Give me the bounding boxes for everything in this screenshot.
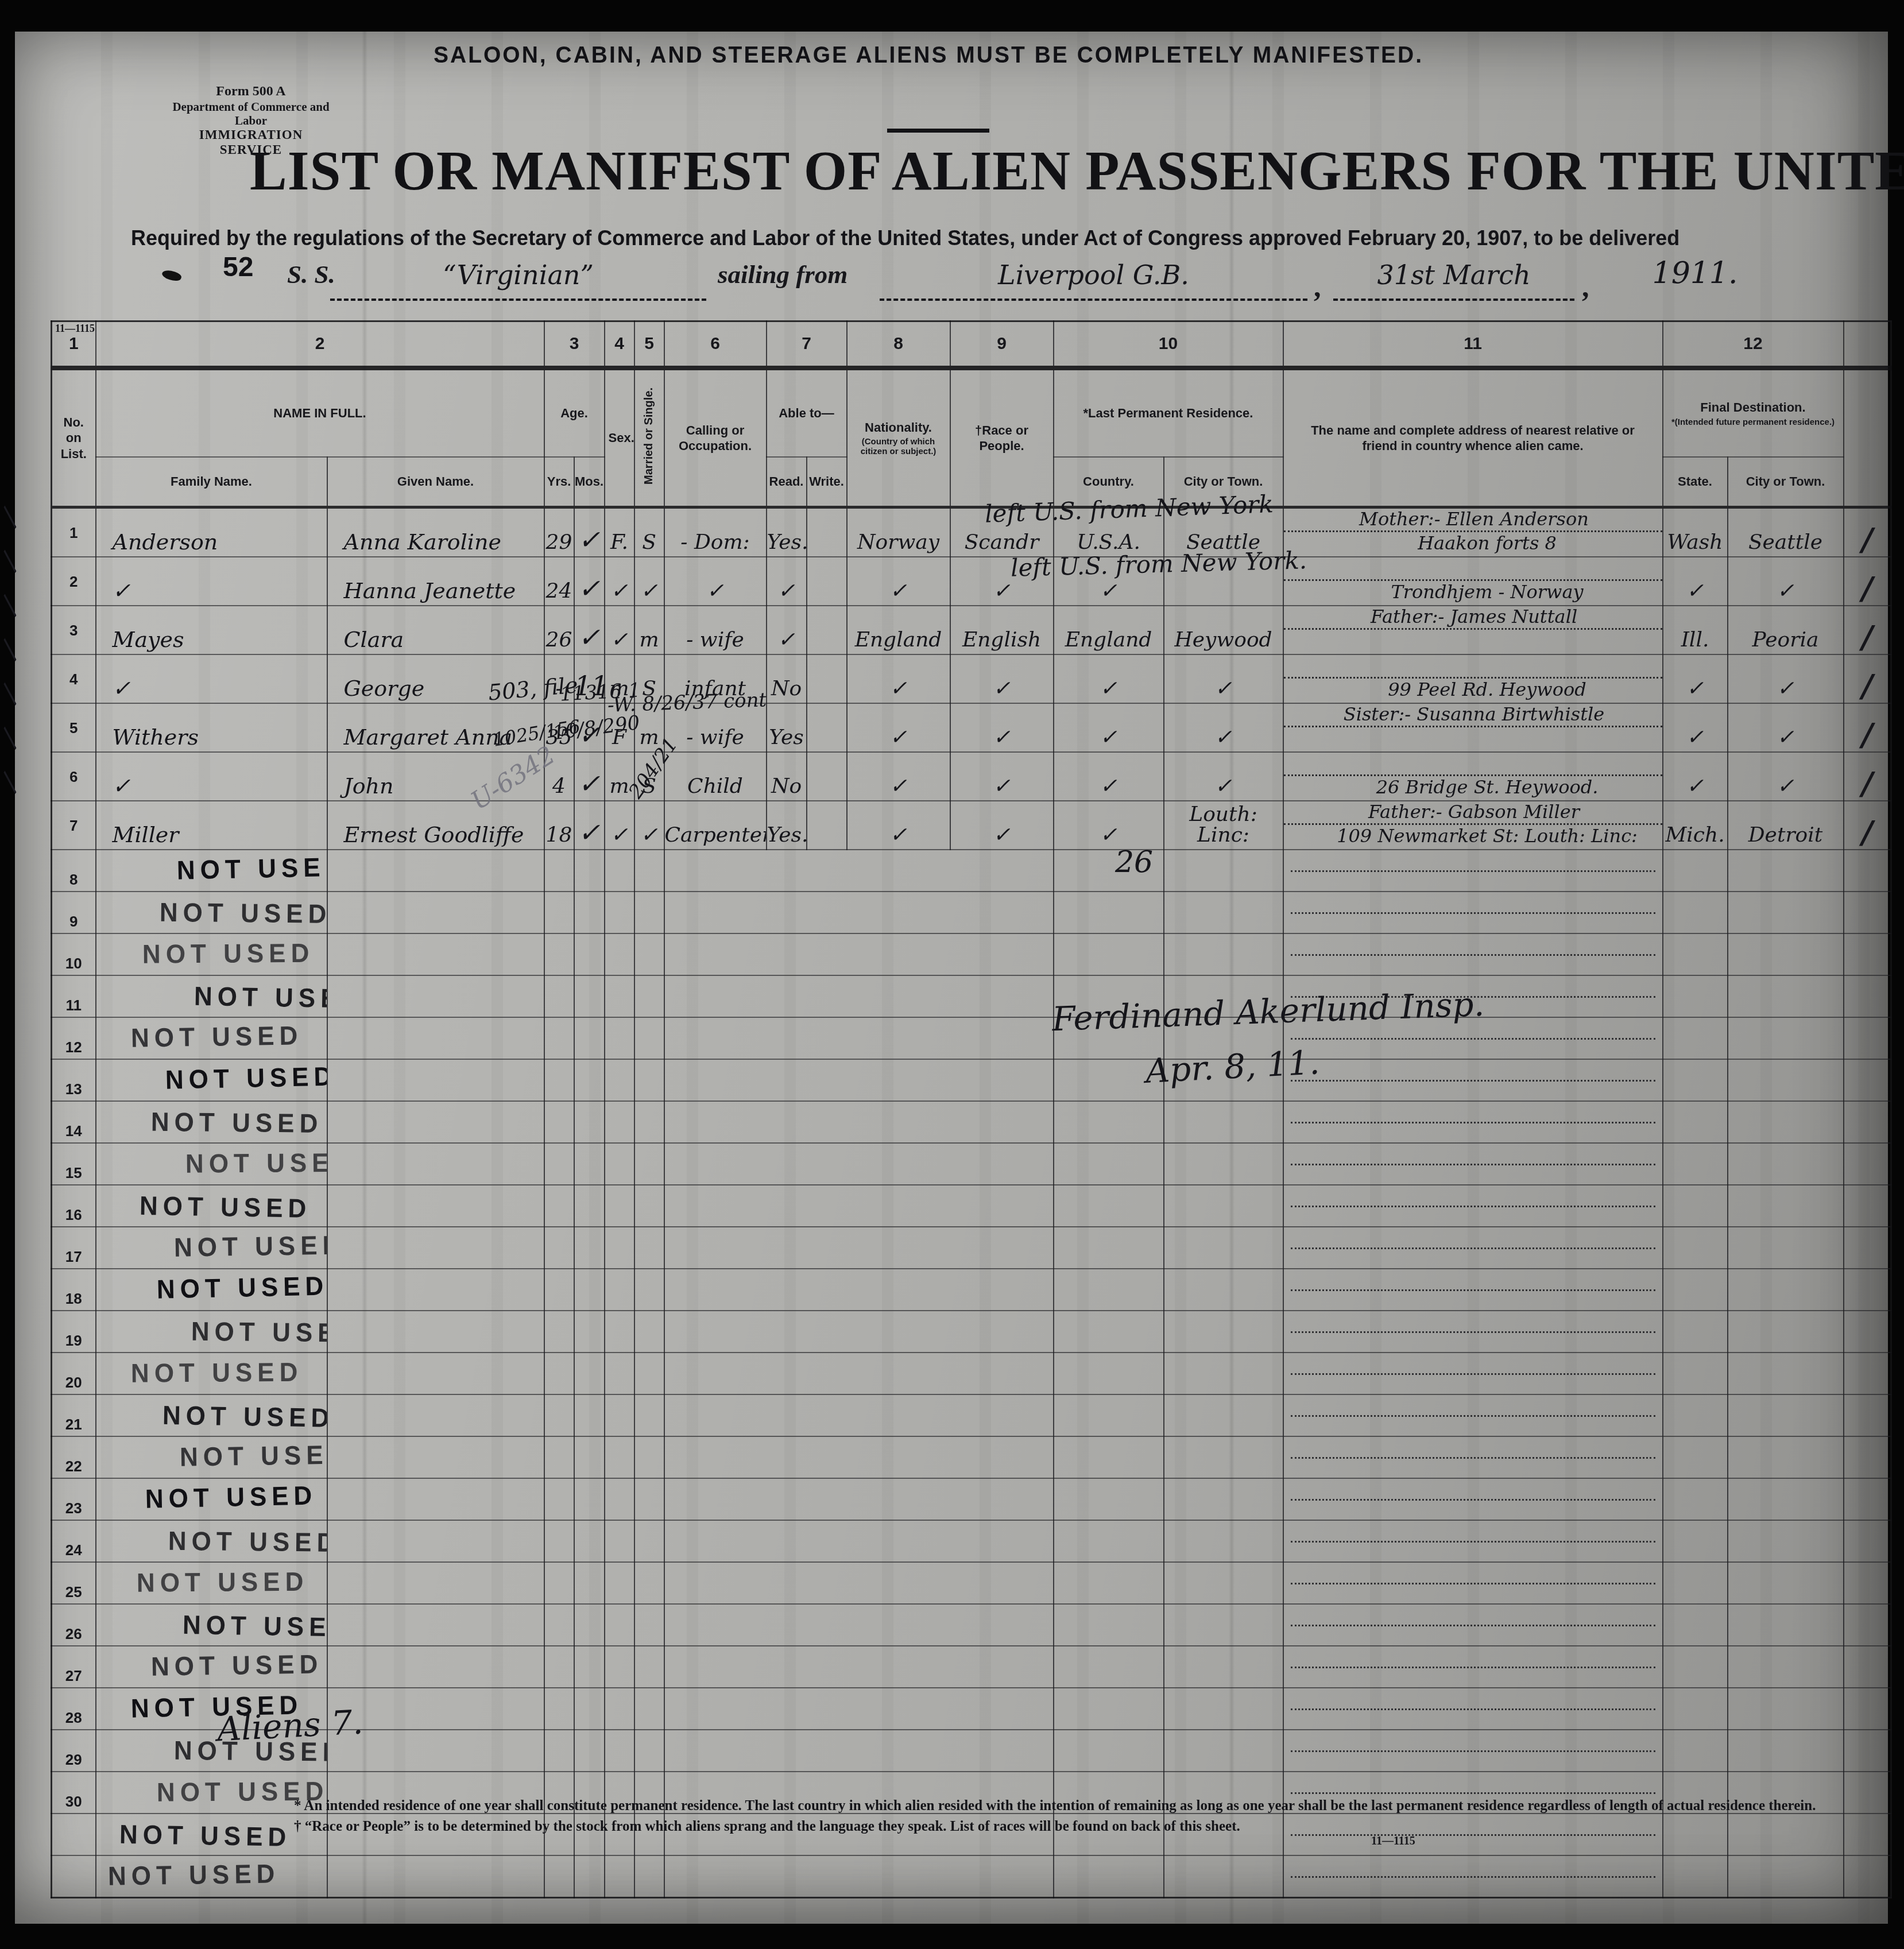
cell-read	[767, 1562, 807, 1604]
cell-no: 8	[52, 850, 96, 892]
cell-mos	[574, 1646, 605, 1688]
cell-ms	[634, 1185, 664, 1227]
cell-state	[1663, 1688, 1728, 1730]
cell-ms	[634, 1059, 664, 1101]
cell-relative: 99 Peel Rd. Heywood	[1283, 654, 1663, 703]
cell-country	[1054, 1227, 1164, 1269]
cell-race	[950, 933, 1054, 975]
relative-address-line: 109 Newmarket St: Louth: Linc:	[1284, 825, 1662, 846]
cell-family: NOT USED	[96, 1017, 327, 1059]
cell-relative	[1283, 1478, 1663, 1520]
cell-nationality: ✓	[847, 801, 950, 850]
cell-race: ✓	[950, 752, 1054, 801]
relative-address-line	[1284, 630, 1662, 650]
cell-dest	[1728, 933, 1844, 975]
cell-city	[1164, 1604, 1283, 1646]
cell-state: ✓	[1663, 654, 1728, 703]
cell-state	[1663, 1017, 1728, 1059]
cell-dest	[1728, 850, 1844, 892]
cell-calling	[664, 1730, 767, 1772]
port-blank: Liverpool G.B.	[880, 263, 1307, 301]
dotted-rule	[1291, 1876, 1655, 1878]
cell-family: NOT USED	[96, 1185, 327, 1227]
cell-state	[1663, 1478, 1728, 1520]
cell-nationality	[847, 933, 950, 975]
cell-relative	[1283, 1436, 1663, 1478]
cell-sex	[605, 1101, 634, 1143]
cell-family: NOT USED	[96, 1772, 327, 1814]
year-blank: 1911.	[1603, 259, 1787, 299]
port-of-departure: Liverpool G.B.	[998, 259, 1189, 290]
cell-ms	[634, 892, 664, 933]
cell-calling	[664, 1101, 767, 1143]
cell-no: 14	[52, 1101, 96, 1143]
cell-ms	[634, 1646, 664, 1688]
cell-write	[807, 1311, 847, 1353]
header-final-destination: Final Destination. *(Intended future per…	[1663, 368, 1844, 457]
cell-country	[1054, 1101, 1164, 1143]
relative-address-line: 26 Bridge St. Heywood.	[1284, 776, 1662, 797]
ss-label: S. S.	[287, 259, 335, 289]
col-num-7: 7	[767, 321, 847, 369]
cell-extra	[1844, 975, 1891, 1017]
cell-extra: /	[1844, 654, 1891, 703]
cell-city	[1164, 1394, 1283, 1436]
not-used-row: 26NOT USED	[52, 1604, 1891, 1646]
cell-race	[950, 1562, 1054, 1604]
not-used-row: 14NOT USED	[52, 1101, 1891, 1143]
cell-given	[327, 1059, 544, 1101]
cell-state	[1663, 1269, 1728, 1311]
cell-given	[327, 1604, 544, 1646]
header-given-name: Given Name.	[327, 457, 544, 507]
cell-ms: ✓	[634, 801, 664, 850]
cell-no: 4	[52, 654, 96, 703]
cell-race	[950, 1478, 1054, 1520]
cell-read: No	[767, 654, 807, 703]
cell-ms: ✓	[634, 557, 664, 606]
cell-country: ✓	[1054, 752, 1164, 801]
cell-write	[807, 1227, 847, 1269]
cell-nationality	[847, 1269, 950, 1311]
banner-rule	[887, 129, 989, 133]
cell-no: 1	[52, 507, 96, 557]
cell-no: 9	[52, 892, 96, 933]
cell-family: Miller	[96, 801, 327, 850]
cell-city	[1164, 1562, 1283, 1604]
cell-mos	[574, 1311, 605, 1353]
header-race: †Race or People.	[950, 368, 1054, 507]
cell-city	[1164, 1185, 1283, 1227]
cell-country: ✓	[1054, 654, 1164, 703]
cell-mos	[574, 1520, 605, 1562]
cell-family: NOT USED	[96, 892, 327, 933]
cell-mos	[574, 1227, 605, 1269]
cell-sex	[605, 1059, 634, 1101]
cell-dest	[1728, 1394, 1844, 1436]
cell-write	[807, 1730, 847, 1772]
cell-nationality: ✓	[847, 703, 950, 752]
relative-name-line	[1284, 655, 1662, 679]
cell-read	[767, 1353, 807, 1394]
cell-calling	[664, 1017, 767, 1059]
cell-race	[950, 975, 1054, 1017]
cell-read	[767, 892, 807, 933]
cell-ms	[634, 1730, 664, 1772]
cell-country: England	[1054, 606, 1164, 654]
cell-write	[807, 1017, 847, 1059]
cell-calling	[664, 1688, 767, 1730]
cell-country	[1054, 1269, 1164, 1311]
header-age: Age.	[544, 368, 605, 457]
cell-family: NOT USED	[96, 1353, 327, 1394]
cell-write	[807, 1604, 847, 1646]
cell-calling	[664, 975, 767, 1017]
cell-write	[807, 557, 847, 606]
col-num-6: 6	[664, 321, 767, 369]
not-used-stamp: NOT USED	[191, 1316, 327, 1349]
cell-write	[807, 1143, 847, 1185]
cell-no: 25	[52, 1562, 96, 1604]
cell-read	[767, 1730, 807, 1772]
cell-ms	[634, 1478, 664, 1520]
relative-address-line	[1284, 727, 1662, 748]
cell-no: 13	[52, 1059, 96, 1101]
not-used-stamp: NOT USED	[136, 1567, 308, 1598]
not-used-row: 13NOT USED	[52, 1059, 1891, 1101]
cell-calling	[664, 1311, 767, 1353]
cell-ms: S	[634, 507, 664, 557]
cell-given	[327, 933, 544, 975]
cell-calling	[664, 1646, 767, 1688]
cell-city	[1164, 1646, 1283, 1688]
cell-relative: Mother:- Ellen AndersonHaakon forts 8	[1283, 507, 1663, 557]
cell-country	[1054, 1688, 1164, 1730]
cell-ms	[634, 1436, 664, 1478]
manifest-banner: SALOON, CABIN, AND STEERAGE ALIENS MUST …	[434, 42, 1423, 68]
cell-extra	[1844, 1604, 1891, 1646]
dotted-rule	[1291, 1247, 1655, 1249]
col-num-9: 9	[950, 321, 1054, 369]
relative-address-line: Trondhjem - Norway	[1284, 581, 1662, 602]
cell-country	[1054, 1185, 1164, 1227]
cell-read	[767, 1855, 807, 1898]
cell-no: 26	[52, 1604, 96, 1646]
not-used-row: 19NOT USED	[52, 1311, 1891, 1353]
cell-no: 6	[52, 752, 96, 801]
cell-family: NOT USED	[96, 1059, 327, 1101]
manifest-row: 4✓George-11mSinfantNo✓✓✓✓99 Peel Rd. Hey…	[52, 654, 1891, 703]
cell-nationality	[847, 1394, 950, 1436]
cell-calling	[664, 1353, 767, 1394]
aliens-total-note: Aliens 7.	[216, 1702, 363, 1749]
not-used-stamp: NOT USED	[165, 1061, 327, 1095]
cell-dest	[1728, 1017, 1844, 1059]
cell-calling: ✓	[664, 557, 767, 606]
cell-yrs	[544, 892, 574, 933]
cell-country	[1054, 1730, 1164, 1772]
cell-mos	[574, 1730, 605, 1772]
cell-family: Withers	[96, 703, 327, 752]
cell-state	[1663, 1143, 1728, 1185]
cell-mos	[574, 1017, 605, 1059]
cell-no: 12	[52, 1017, 96, 1059]
cell-nationality: ✓	[847, 654, 950, 703]
cell-calling	[664, 1562, 767, 1604]
cell-given	[327, 1269, 544, 1311]
cell-dest	[1728, 1604, 1844, 1646]
footnote-race: † “Race or People” is to be determined b…	[294, 1816, 1816, 1837]
cell-city	[1164, 1101, 1283, 1143]
cell-race: ✓	[950, 703, 1054, 752]
cell-relative	[1283, 1269, 1663, 1311]
cell-race	[950, 1855, 1054, 1898]
cell-race: English	[950, 606, 1054, 654]
cell-write	[807, 1269, 847, 1311]
not-used-row: 12NOT USED	[52, 1017, 1891, 1059]
cell-read	[767, 1185, 807, 1227]
cell-read	[767, 1688, 807, 1730]
cell-no: 5	[52, 703, 96, 752]
cell-relative	[1283, 933, 1663, 975]
cell-extra	[1844, 850, 1891, 892]
cell-no: 27	[52, 1646, 96, 1688]
not-used-row: 17NOT USED	[52, 1227, 1891, 1269]
cell-mos	[574, 1353, 605, 1394]
cell-race	[950, 1143, 1054, 1185]
cell-city	[1164, 1311, 1283, 1353]
cell-given	[327, 1353, 544, 1394]
cell-sex	[605, 1855, 634, 1898]
cell-dest	[1728, 1101, 1844, 1143]
sailing-from-label: sailing from	[718, 259, 847, 289]
relative-address-line: Haakon forts 8	[1284, 532, 1662, 553]
relative-name-line: Sister:- Susanna Birtwhistle	[1284, 704, 1662, 727]
cell-city: Heywood	[1164, 606, 1283, 654]
cell-read	[767, 1143, 807, 1185]
cell-race	[950, 1520, 1054, 1562]
cell-state	[1663, 1562, 1728, 1604]
cell-nationality: England	[847, 606, 950, 654]
cell-state	[1663, 1311, 1728, 1353]
cell-no	[52, 1814, 96, 1855]
header-state: State.	[1663, 457, 1728, 507]
dotted-rule	[1291, 1163, 1655, 1165]
cell-no: 15	[52, 1143, 96, 1185]
manifest-row: 1AndersonAnna Karoline29✓F.S- Dom:Yes.No…	[52, 507, 1891, 557]
cell-read	[767, 1017, 807, 1059]
dotted-rule	[1291, 1331, 1655, 1333]
cell-nationality	[847, 850, 950, 892]
cell-yrs	[544, 1059, 574, 1101]
cell-country: ✓	[1054, 703, 1164, 752]
cell-nationality	[847, 1688, 950, 1730]
cell-extra	[1844, 1394, 1891, 1436]
cell-extra	[1844, 1017, 1891, 1059]
cell-given	[327, 1646, 544, 1688]
cell-write	[807, 507, 847, 557]
cell-ms	[634, 1227, 664, 1269]
cell-mos	[574, 1101, 605, 1143]
cell-write	[807, 752, 847, 801]
cell-extra	[1844, 1059, 1891, 1101]
cell-ms	[634, 850, 664, 892]
col-num-3: 3	[544, 321, 605, 369]
cell-ms	[634, 1394, 664, 1436]
dotted-rule	[1291, 1205, 1655, 1207]
passenger-manifest-table: 1 2 3 4 5 6 7 8 9 10 11 12 No. on List. …	[51, 320, 1892, 1898]
cell-sex	[605, 1730, 634, 1772]
cell-state	[1663, 1855, 1728, 1898]
cell-no: 30	[52, 1772, 96, 1814]
not-used-stamp: NOT USED	[168, 1526, 327, 1558]
cell-nationality: ✓	[847, 752, 950, 801]
cell-race: ✓	[950, 654, 1054, 703]
cell-extra	[1844, 1646, 1891, 1688]
cell-given: Clara	[327, 606, 544, 654]
cell-mos	[574, 1604, 605, 1646]
cell-extra: /	[1844, 752, 1891, 801]
page-title: LIST OR MANIFEST OF ALIEN PASSENGERS FOR…	[250, 139, 1904, 203]
cell-mos: ✓	[574, 752, 605, 801]
cell-dest	[1728, 1478, 1844, 1520]
cell-dest	[1728, 975, 1844, 1017]
cell-yrs	[544, 850, 574, 892]
cell-calling: - Dom:	[664, 507, 767, 557]
not-used-row: 8NOT USED	[52, 850, 1891, 892]
cell-given	[327, 975, 544, 1017]
department-name: Department of Commerce and Labor	[168, 100, 334, 127]
not-used-row: 24NOT USED	[52, 1520, 1891, 1562]
cell-mos	[574, 1478, 605, 1520]
manifest-row: 7MillerErnest Goodliffe18✓✓✓CarpenterYes…	[52, 801, 1891, 850]
cell-write	[807, 1478, 847, 1520]
cell-calling	[664, 1394, 767, 1436]
dotted-rule	[1291, 1079, 1655, 1082]
cell-relative	[1283, 850, 1663, 892]
cell-country	[1054, 1604, 1164, 1646]
cell-state: ✓	[1663, 703, 1728, 752]
cell-family: NOT USED	[96, 1311, 327, 1353]
cell-state: ✓	[1663, 752, 1728, 801]
cell-family: Anderson	[96, 507, 327, 557]
cell-yrs	[544, 1311, 574, 1353]
cell-dest: ✓	[1728, 557, 1844, 606]
cell-race	[950, 1353, 1054, 1394]
cell-city: ✓	[1164, 703, 1283, 752]
cell-family: NOT USED	[96, 1855, 327, 1898]
header-nationality: Nationality. (Country of which citizen o…	[847, 368, 950, 507]
cell-nationality	[847, 1143, 950, 1185]
form-number: Form 500 A	[168, 84, 334, 100]
dotted-rule	[1291, 1582, 1655, 1584]
cell-read: ✓	[767, 557, 807, 606]
cell-sex: ✓	[605, 801, 634, 850]
photo-background: Form 500 A Department of Commerce and La…	[0, 0, 1904, 1949]
cell-given	[327, 1562, 544, 1604]
cell-mos	[574, 1436, 605, 1478]
cell-nationality: Norway	[847, 507, 950, 557]
cell-yrs	[544, 1478, 574, 1520]
header-last-residence: *Last Permanent Residence.	[1054, 368, 1283, 457]
not-used-row: 25NOT USED	[52, 1562, 1891, 1604]
cell-extra: /	[1844, 557, 1891, 606]
cell-read: ✓	[767, 606, 807, 654]
cell-read	[767, 933, 807, 975]
cell-yrs	[544, 1143, 574, 1185]
cell-sex: ✓	[605, 557, 634, 606]
dotted-rule	[1291, 1708, 1655, 1710]
cell-city	[1164, 1730, 1283, 1772]
cell-read	[767, 1394, 807, 1436]
not-used-row: 11NOT USED	[52, 975, 1891, 1017]
cell-no: 11	[52, 975, 96, 1017]
cell-ms	[634, 933, 664, 975]
cell-country	[1054, 1353, 1164, 1394]
cell-relative	[1283, 1520, 1663, 1562]
column-number-row: 1 2 3 4 5 6 7 8 9 10 11 12	[52, 321, 1891, 369]
cell-extra	[1844, 1730, 1891, 1772]
cell-calling	[664, 850, 767, 892]
not-used-row: 18NOT USED	[52, 1269, 1891, 1311]
cell-write	[807, 801, 847, 850]
cell-calling	[664, 1185, 767, 1227]
cell-family: NOT USED	[96, 1227, 327, 1269]
cell-extra: /	[1844, 606, 1891, 654]
cell-sex	[605, 1353, 634, 1394]
cell-calling	[664, 1143, 767, 1185]
dotted-rule	[1291, 1415, 1655, 1417]
nationality-label: Nationality.	[865, 420, 932, 435]
cell-extra	[1844, 1855, 1891, 1898]
form-code-bottom: 11—1115	[1371, 1835, 1415, 1848]
cell-calling	[664, 1059, 767, 1101]
cell-extra	[1844, 1269, 1891, 1311]
header-yrs: Yrs.	[544, 457, 574, 507]
cell-nationality	[847, 1017, 950, 1059]
cell-no: 29	[52, 1730, 96, 1772]
cell-city	[1164, 933, 1283, 975]
cell-race	[950, 892, 1054, 933]
cell-sex: F.	[605, 507, 634, 557]
cell-race	[950, 1394, 1054, 1436]
cell-race	[950, 850, 1054, 892]
cell-mos	[574, 1059, 605, 1101]
cell-dest	[1728, 1059, 1844, 1101]
cell-relative	[1283, 1185, 1663, 1227]
cell-calling	[664, 1855, 767, 1898]
cell-sex: ✓	[605, 606, 634, 654]
cell-nationality	[847, 1520, 950, 1562]
cell-dest	[1728, 1646, 1844, 1688]
header-write: Write.	[807, 457, 847, 507]
not-used-row: 22NOT USED	[52, 1436, 1891, 1478]
sailing-year: 1911.	[1653, 256, 1738, 290]
cell-sex	[605, 1646, 634, 1688]
ship-name: “Virginian”	[443, 259, 594, 290]
margin-scribbles: ///////	[10, 498, 20, 808]
cell-nationality	[847, 1604, 950, 1646]
cell-city	[1164, 1143, 1283, 1185]
cell-read	[767, 1646, 807, 1688]
cell-dest: ✓	[1728, 654, 1844, 703]
cell-write	[807, 850, 847, 892]
cell-city	[1164, 1353, 1283, 1394]
cell-given	[327, 1311, 544, 1353]
cell-read	[767, 850, 807, 892]
footnote-residence: * An intended residence of one year shal…	[294, 1796, 1816, 1816]
cell-yrs	[544, 1855, 574, 1898]
